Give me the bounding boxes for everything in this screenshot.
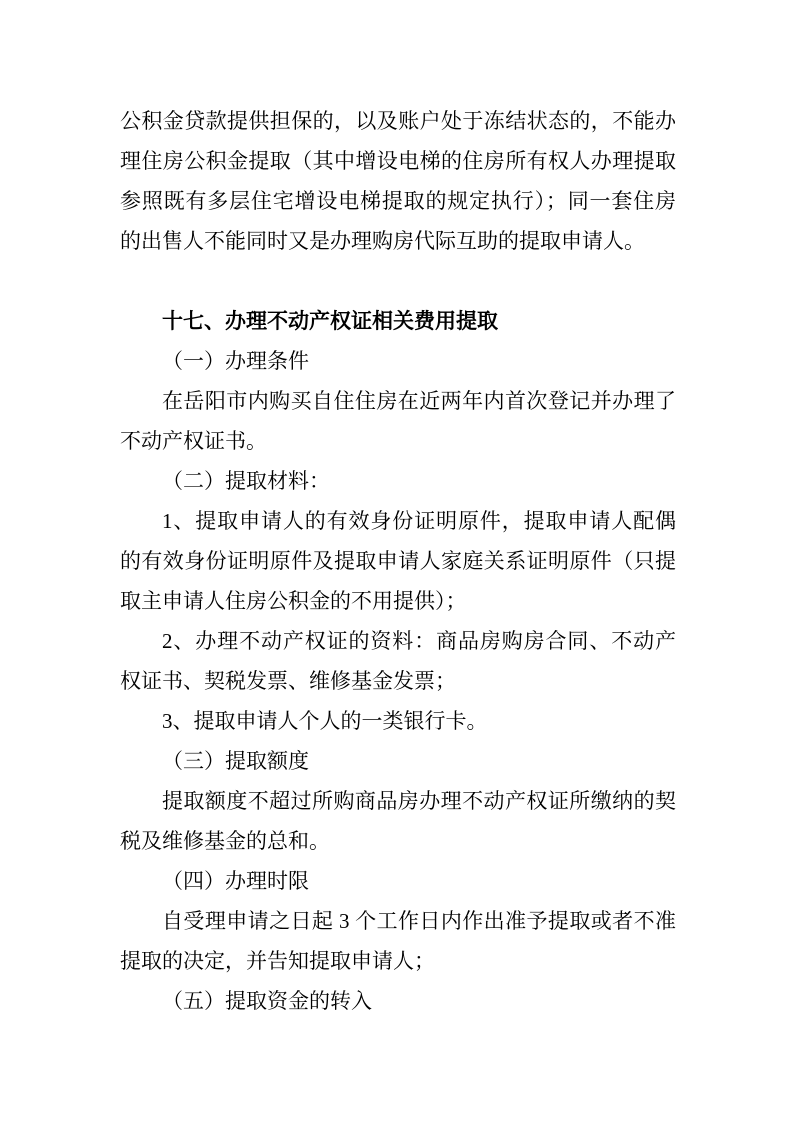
- subsection-4-body: 自受理申请之日起 3 个工作日内作出准予提取或者不准提取的决定，并告知提取申请人…: [120, 901, 676, 981]
- material-item-3: 3、提取申请人个人的一类银行卡。: [120, 701, 676, 741]
- subsection-3-body: 提取额度不超过所购商品房办理不动产权证所缴纳的契税及维修基金的总和。: [120, 781, 676, 861]
- subsection-4-heading: （四）办理时限: [120, 861, 676, 901]
- subsection-1-heading: （一）办理条件: [120, 341, 676, 381]
- continued-paragraph: 公积金贷款提供担保的，以及账户处于冻结状态的，不能办理住房公积金提取（其中增设电…: [120, 101, 676, 261]
- material-item-1: 1、提取申请人的有效身份证明原件，提取申请人配偶的有效身份证明原件及提取申请人家…: [120, 501, 676, 621]
- subsection-3-heading: （三）提取额度: [120, 741, 676, 781]
- subsection-2-heading: （二）提取材料：: [120, 461, 676, 501]
- subsection-1-body: 在岳阳市内购买自住住房在近两年内首次登记并办理了不动产权证书。: [120, 381, 676, 461]
- material-item-2: 2、办理不动产权证的资料：商品房购房合同、不动产权证书、契税发票、维修基金发票；: [120, 621, 676, 701]
- document-page: 公积金贷款提供担保的，以及账户处于冻结状态的，不能办理住房公积金提取（其中增设电…: [0, 0, 794, 1122]
- subsection-5-heading: （五）提取资金的转入: [120, 981, 676, 1021]
- section-17-heading: 十七、办理不动产权证相关费用提取: [120, 301, 676, 341]
